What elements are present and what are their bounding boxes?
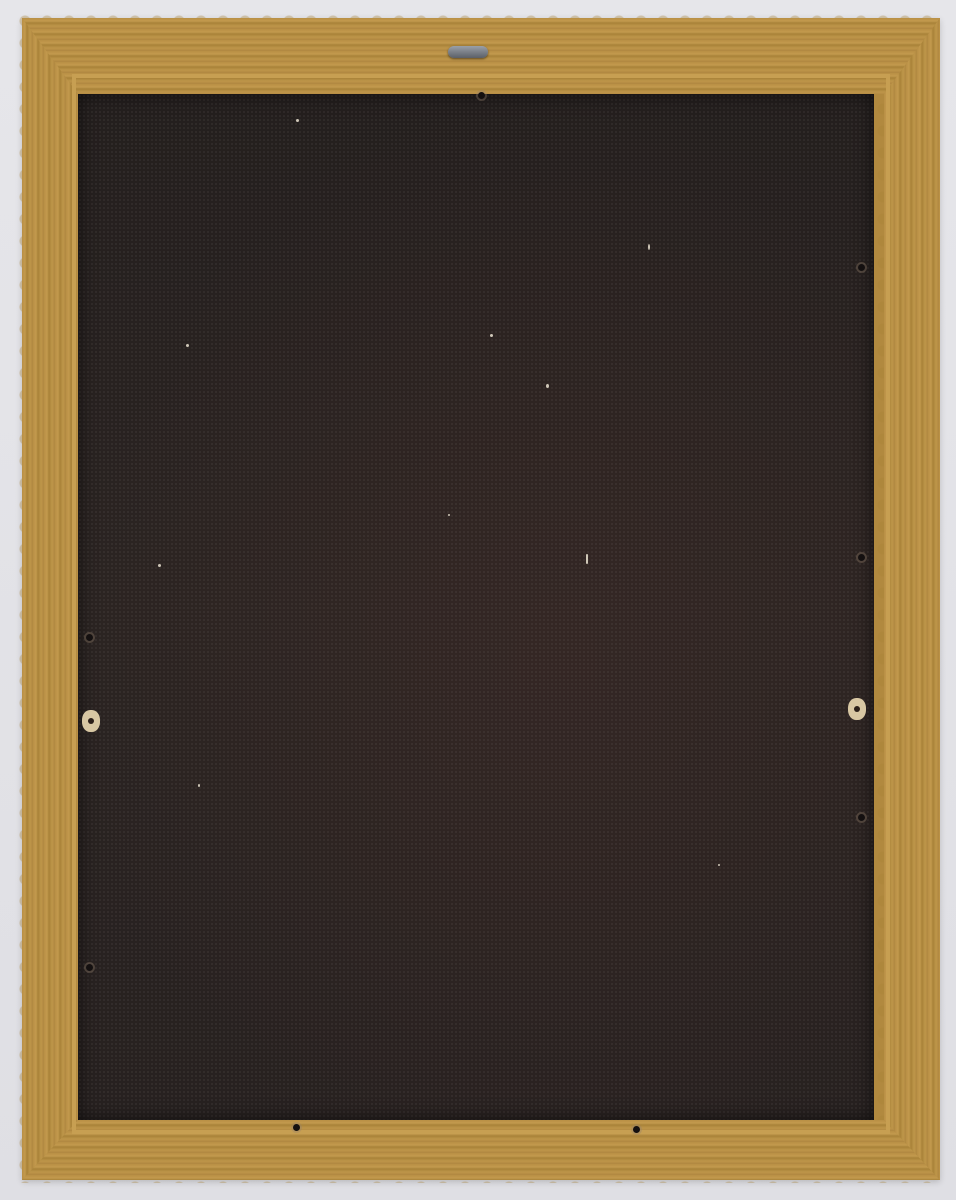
nail-hole	[478, 92, 485, 99]
speck	[448, 514, 450, 516]
nail-hole	[858, 554, 865, 561]
nail-hole	[293, 1124, 300, 1131]
scratch	[586, 554, 588, 564]
speck	[186, 344, 189, 347]
hanging-ring-icon	[448, 46, 488, 58]
nail-hole	[633, 1126, 640, 1133]
worn-patch	[848, 698, 866, 720]
nail-hole	[86, 964, 93, 971]
speck	[158, 564, 161, 567]
speck	[296, 119, 299, 122]
speck	[546, 384, 549, 388]
speck	[198, 784, 200, 787]
nail-hole	[858, 264, 865, 271]
speck	[718, 864, 720, 866]
backing-board	[78, 94, 874, 1120]
nail-hole	[858, 814, 865, 821]
worn-patch	[82, 710, 100, 732]
speck	[648, 244, 650, 250]
frame-right-rail	[884, 18, 940, 1180]
speck	[490, 334, 493, 337]
picture-frame	[22, 18, 940, 1180]
frame-left-rail	[22, 18, 78, 1180]
nail-hole	[86, 634, 93, 641]
